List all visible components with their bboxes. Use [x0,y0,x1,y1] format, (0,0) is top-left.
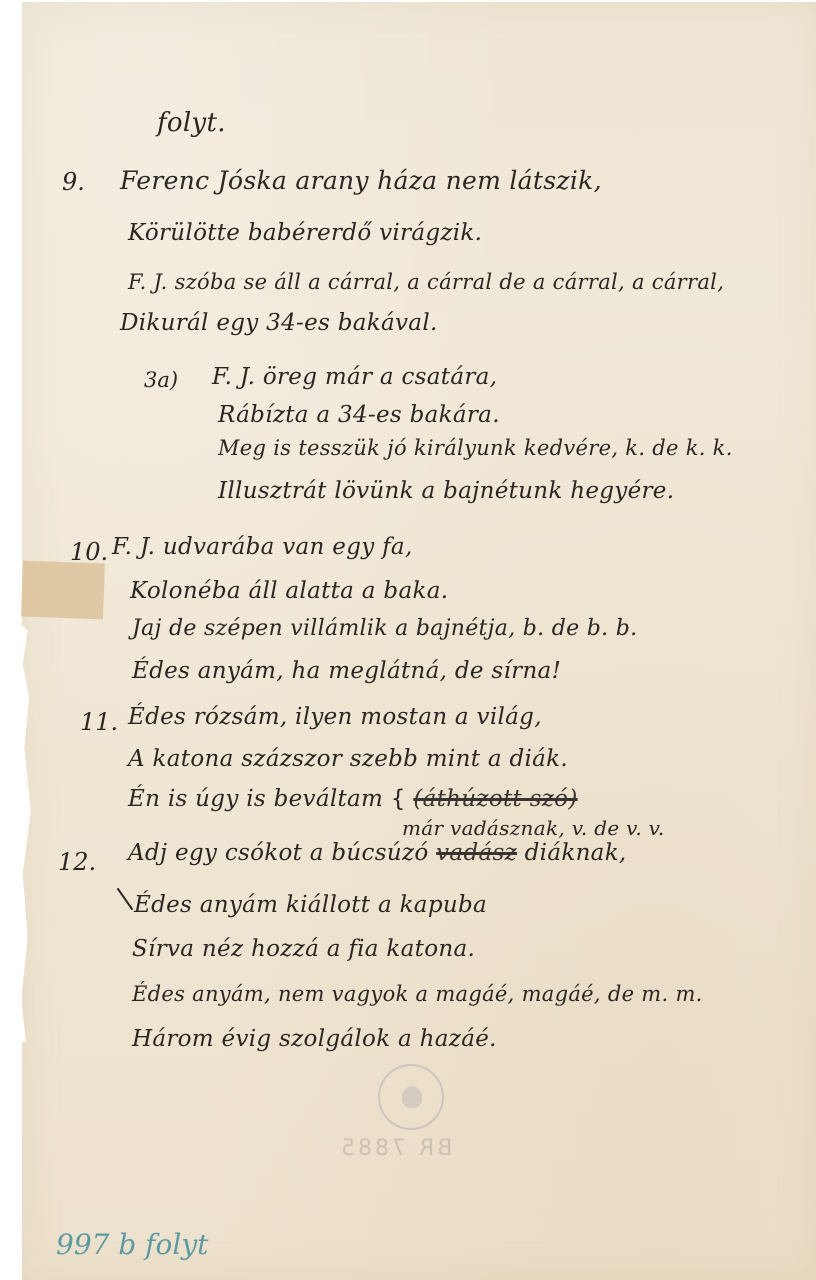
variant-brace: { [391,786,406,812]
stanza-9-line-4: Dikurál egy 34-es bakával. [120,310,438,336]
stanza-number-12: 12. [58,848,96,876]
stanza-11-line-3: Én is úgy is beváltam { (áthúzott szó) [128,786,578,812]
stanza-11-line-3-text: Én is úgy is beváltam [128,786,383,812]
stanza-12-line-1-end: diáknak, [525,840,627,866]
stanza-9-line-2: Körülötte babérerdő virágzik. [128,220,482,246]
stanza-12-line-4: Édes anyám, nem vagyok a magáé, magáé, d… [132,982,703,1006]
library-stamp [378,1064,444,1130]
stanza-9-line-1: Ferenc Jóska arany háza nem látszik, [120,166,602,195]
stanza-12-line-2: Édes anyám kiállott a kapuba [134,892,487,918]
stamp-emblem-icon [402,1086,422,1108]
stanza-11-line-1: Édes rózsám, ilyen mostan a világ, [128,704,542,730]
stanza-10-line-2: Kolonéba áll alatta a baka. [130,578,448,604]
struck-word: vadász [436,840,517,866]
header-continued: folyt. [157,108,226,138]
stanza-12-line-1: Adj egy csókot a búcsúzó vadász diáknak, [128,840,627,866]
stanza-11-line-2: A katona százszor szebb mint a diák. [128,746,568,772]
stanza-10-line-3: Jaj de szépen villámlik a bajnétja, b. d… [132,616,637,641]
stanza-3a-line-3: Meg is tesszük jó királyunk kedvére, k. … [218,436,733,460]
margin-mark [117,888,134,910]
stanza-10-line-4: Édes anyám, ha meglátná, de sírna! [132,658,561,684]
torn-edge [18,622,34,1042]
stanza-12-line-1-text: Adj egy csókot a búcsúzó [128,840,429,866]
stanza-number-11: 11. [80,708,118,736]
struck-variant: (áthúzott szó) [413,786,577,812]
stanza-11-inserted-variant: már vadásznak, v. de v. v. [402,816,665,840]
stanza-3a-line-4: Illusztrát lövünk a bajnétunk hegyére. [218,478,674,504]
stanza-10-line-1: F. J. udvarába van egy fa, [112,534,413,560]
stanza-number-3a: 3a) [144,368,178,392]
stanza-number-10: 10. [70,538,108,566]
stanza-9-line-3: F. J. szóba se áll a cárral, a cárral de… [128,270,724,294]
stanza-3a-line-1: F. J. öreg már a csatára, [212,364,497,390]
stanza-number-9: 9. [62,168,85,196]
bleed-through-text: BR 7885 [338,1136,452,1161]
adhesive-tape-patch [21,561,105,620]
stanza-12-line-5: Három évig szolgálok a hazáé. [132,1026,497,1052]
archive-annotation: 997 b folyt [56,1228,208,1261]
stanza-3a-line-2: Rábízta a 34-es bakára. [218,402,500,428]
manuscript-page: folyt. 9. Ferenc Jóska arany háza nem lá… [22,2,816,1280]
stanza-12-line-3: Sírva néz hozzá a fia katona. [132,936,475,962]
